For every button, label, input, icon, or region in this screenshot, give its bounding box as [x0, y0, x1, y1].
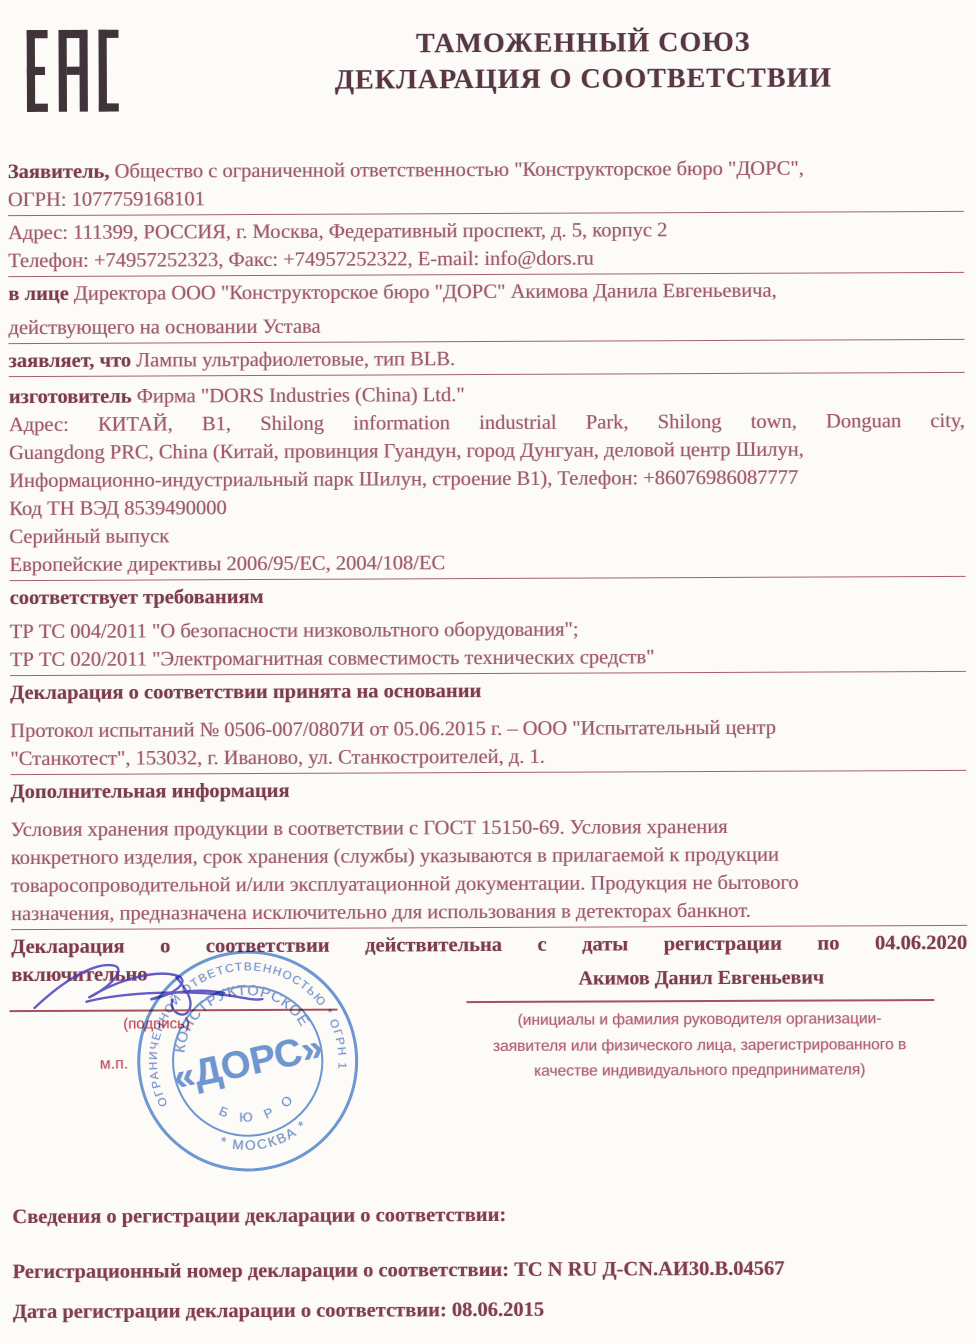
- scanned-document: ТАМОЖЕННЫЙ СОЮЗ ДЕКЛАРАЦИЯ О СООТВЕТСТВИ…: [0, 0, 976, 1344]
- manufacturer-address-row-3: Информационно-индустриальный парк Шилун,…: [9, 463, 965, 495]
- additional-text-3: товаросопроводительной и/или эксплуатаци…: [11, 872, 799, 897]
- declares-text: Лампы ультрафиолетовые, тип BLB.: [136, 348, 455, 371]
- declares-row: заявляет, что Лампы ультрафиолетовые, ти…: [9, 343, 965, 377]
- basis-row-1: Протокол испытаний № 0506-007/0807И от 0…: [10, 713, 966, 745]
- manufacturer-address-row-1: Адрес: КИТАЙ, B1, Shilong information in…: [9, 407, 965, 439]
- registration-number-label: Регистрационный номер декларации о соотв…: [13, 1259, 510, 1283]
- manufacturer-label: изготовитель: [9, 386, 132, 409]
- signer-caption-line-3: качестве индивидуального предпринимателя…: [454, 1057, 946, 1085]
- signer-name: Акимов Данил Евгеньевич: [471, 966, 931, 991]
- stamp-place-label: м.п.: [100, 1056, 129, 1074]
- applicant-text: Общество с ограниченной ответственностью…: [115, 158, 804, 183]
- represented-row: в лице Директора ООО "Конструкторское бю…: [8, 276, 964, 308]
- registration-number-row: Регистрационный номер декларации о соотв…: [13, 1257, 969, 1284]
- additional-row-3: товаросопроводительной и/или эксплуатаци…: [11, 868, 967, 900]
- title-line-1: ТАМОЖЕННЫЙ СОЮЗ: [197, 24, 969, 64]
- additional-row-4: назначения, предназначена исключительно …: [11, 896, 967, 930]
- registration-number-value: ТС N RU Д-CN.АИ30.В.04567: [514, 1258, 784, 1281]
- basis-text-2: "Станкотест", 153032, г. Иваново, ул. Ст…: [10, 746, 545, 770]
- declares-label: заявляет, что: [9, 350, 132, 373]
- company-stamp: ОБЩЕСТВО С ОГРАНИЧЕННОЙ ОТВЕТСТВЕННОСТЬЮ…: [110, 923, 386, 1199]
- signer-caption-line-1: (инициалы и фамилия руководителя организ…: [453, 1006, 945, 1034]
- registration-date-label: Дата регистрации декларации о соответств…: [13, 1299, 447, 1323]
- registration-date-row: Дата регистрации декларации о соответств…: [13, 1297, 969, 1324]
- document-header: ТАМОЖЕННЫЙ СОЮЗ ДЕКЛАРАЦИЯ О СООТВЕТСТВИ…: [0, 0, 974, 152]
- basis-header-row: Декларация о соответствии принята на осн…: [10, 675, 966, 707]
- additional-header-row: Дополнительная информация: [10, 774, 966, 806]
- conforms-label: соответствует требованиям: [10, 586, 264, 609]
- signer-name-caption: (инициалы и фамилия руководителя организ…: [453, 1006, 945, 1085]
- contacts-row: Телефон: +74957252323, Факс: +7495725232…: [8, 243, 964, 277]
- manufacturer-address-row-2: Guangdong PRC, China (Китай, провинция Г…: [9, 435, 965, 467]
- applicant-label: Заявитель,: [8, 161, 110, 183]
- ogrn-text: ОГРН: 1077759168101: [8, 188, 205, 211]
- manufacturer-text: Фирма "DORS Industries (China) Ltd.": [137, 384, 465, 407]
- signer-caption-line-2: заявителя или физического лица, зарегист…: [454, 1032, 946, 1060]
- trts2-row: ТР ТС 020/2011 "Электромагнитная совмест…: [10, 642, 966, 676]
- address-row: Адрес: 111399, РОССИЯ, г. Москва, Федера…: [8, 215, 964, 247]
- represented-label: в лице: [8, 283, 69, 305]
- tnved-text: Код ТН ВЭД 8539490000: [9, 497, 227, 520]
- basis-text-1: Протокол испытаний № 0506-007/0807И от 0…: [10, 717, 776, 742]
- additional-row-2: конкретного изделия, срок хранения (служ…: [11, 840, 967, 872]
- directives-text: Европейские директивы 2006/95/EC, 2004/1…: [9, 552, 445, 576]
- additional-label: Дополнительная информация: [10, 780, 289, 803]
- registration-date-value: 08.06.2015: [452, 1299, 544, 1321]
- registration-info-header: Сведения о регистрации декларации о соот…: [12, 1202, 968, 1229]
- ogrn-row: ОГРН: 1077759168101: [8, 182, 964, 216]
- manufacturer-address-2: Guangdong PRC, China (Китай, провинция Г…: [9, 439, 804, 464]
- trts1-text: ТР ТС 004/2011 "О безопасности низковоль…: [10, 619, 579, 643]
- represented-row-2: действующего на основании Устава: [8, 310, 964, 344]
- document-body: Заявитель, Общество с ограниченной ответ…: [0, 148, 976, 989]
- additional-row-1: Условия хранения продукции в соответстви…: [11, 812, 967, 844]
- manufacturer-row: изготовитель Фирма "DORS Industries (Chi…: [9, 379, 965, 411]
- eac-logo-icon: [21, 24, 121, 118]
- trts1-row: ТР ТС 004/2011 "О безопасности низковоль…: [10, 614, 966, 646]
- tnved-row: Код ТН ВЭД 8539490000: [9, 491, 965, 523]
- signature-zone: (подпись) м.п. ОБЩЕСТВО С ОГРАНИЧЕННОЙ О…: [1, 940, 976, 1196]
- represented-text: Директора ООО "Конструкторское бюро "ДОР…: [74, 280, 777, 305]
- registration-section: Сведения о регистрации декларации о соот…: [12, 1198, 969, 1324]
- directives-row: Европейские директивы 2006/95/EC, 2004/1…: [9, 547, 965, 581]
- conforms-header-row: соответствует требованиям: [10, 580, 966, 612]
- additional-text-2: конкретного изделия, срок хранения (служ…: [11, 844, 779, 869]
- represented-text-2: действующего на основании Устава: [8, 316, 320, 339]
- declaration-document-page: ТАМОЖЕННЫЙ СОЮЗ ДЕКЛАРАЦИЯ О СООТВЕТСТВИ…: [0, 0, 976, 1344]
- contacts-text: Телефон: +74957252323, Факс: +7495725232…: [8, 248, 594, 273]
- title-line-2: ДЕКЛАРАЦИЯ О СООТВЕТСТВИИ: [197, 60, 969, 100]
- serial-text: Серийный выпуск: [9, 525, 169, 548]
- additional-text-4: назначения, предназначена исключительно …: [11, 900, 751, 925]
- serial-row: Серийный выпуск: [9, 519, 965, 551]
- signer-name-line: [466, 999, 934, 1003]
- document-title: ТАМОЖЕННЫЙ СОЮЗ ДЕКЛАРАЦИЯ О СООТВЕТСТВИ…: [197, 24, 969, 100]
- stamp-center-text: «ДОРС»: [169, 1025, 327, 1099]
- manufacturer-address-1: Адрес: КИТАЙ, B1, Shilong information in…: [9, 410, 965, 436]
- trts2-text: ТР ТС 020/2011 "Электромагнитная совмест…: [10, 646, 655, 671]
- basis-row-2: "Станкотест", 153032, г. Иваново, ул. Ст…: [10, 741, 966, 775]
- additional-text-1: Условия хранения продукции в соответстви…: [11, 816, 728, 841]
- basis-label: Декларация о соответствии принята на осн…: [10, 680, 481, 704]
- manufacturer-address-3: Информационно-индустриальный парк Шилун,…: [9, 467, 798, 492]
- address-text: Адрес: 111399, РОССИЯ, г. Москва, Федера…: [8, 219, 667, 244]
- applicant-row: Заявитель, Общество с ограниченной ответ…: [8, 154, 964, 186]
